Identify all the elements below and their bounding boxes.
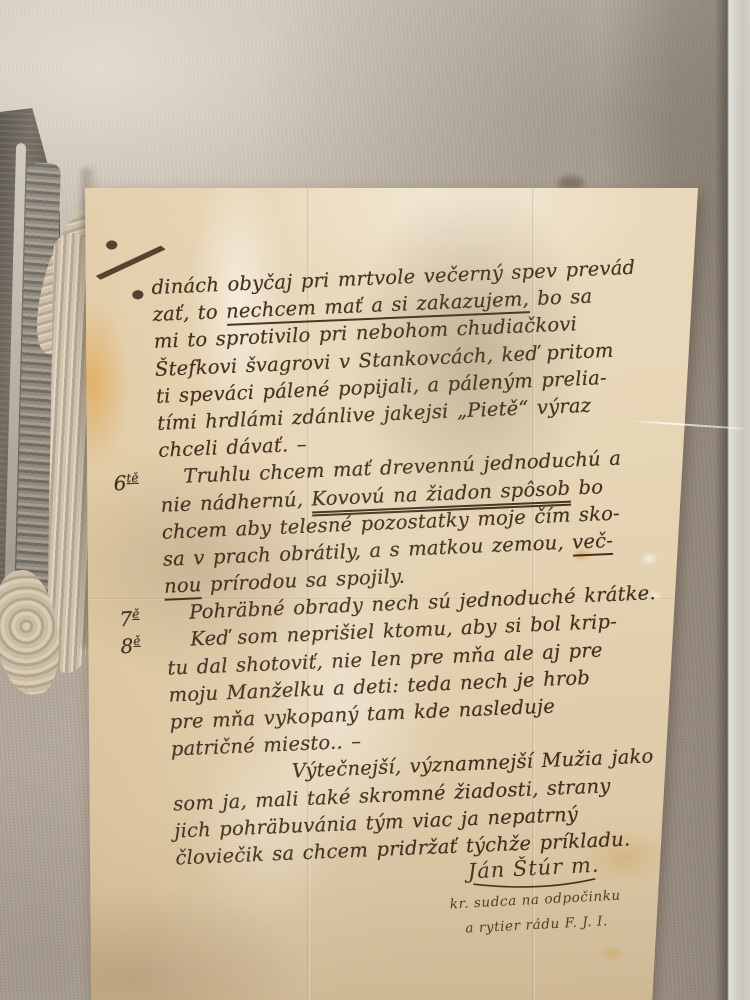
signature-title-2: a rytier rádu F. J. I. <box>411 910 661 939</box>
letter-text-segment: bo sa <box>528 285 592 311</box>
handwritten-letter: ·/. dinách obyčaj pri mrtvole večerný sp… <box>85 188 698 1000</box>
letter-text-segment: chceli dávať. – <box>158 433 307 462</box>
letter-text: dinách obyčaj pri mrtvole večerný spev p… <box>151 251 719 871</box>
letter-text-segment: nie nádhernú, <box>160 487 312 516</box>
museum-display-photo: ·/. dinách obyčaj pri mrtvole večerný sp… <box>0 0 750 1000</box>
section-number: 6tě <box>113 465 139 498</box>
section-number: 8ě <box>120 628 141 661</box>
letter-paper: ·/. dinách obyčaj pri mrtvole večerný sp… <box>85 188 698 1000</box>
letter-text-segment: nou <box>164 573 203 601</box>
letter-text-segment: več- <box>572 529 614 557</box>
signature-block: Ján Štúr m. kr. sudca na odpočinku a ryt… <box>408 850 662 940</box>
case-edge-shadow <box>715 0 725 1000</box>
case-edge-wall <box>725 0 750 1000</box>
letter-text-segment: zať, to <box>152 300 226 326</box>
letter-text-segment: bo <box>570 475 604 499</box>
